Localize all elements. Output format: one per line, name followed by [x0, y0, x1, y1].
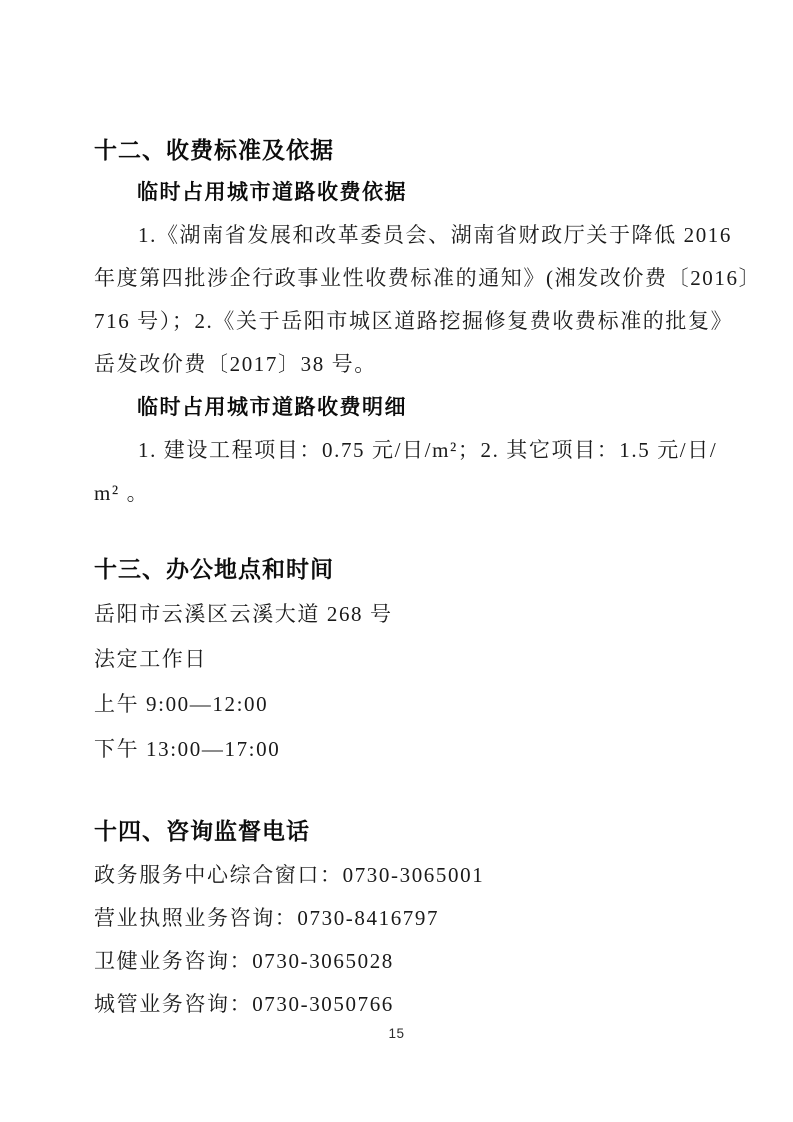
section-fee-standards: 十二、收费标准及依据 临时占用城市道路收费依据 1.《湖南省发展和改革委员会、湖…: [94, 130, 694, 515]
document-line: 1. 建设工程项目：0.75 元/日/m²；2. 其它项目：1.5 元/日/: [94, 429, 694, 472]
phone-line-business-license: 营业执照业务咨询：0730-8416797: [94, 897, 694, 940]
section-supervision-phones: 十四、咨询监督电话 政务服务中心综合窗口：0730-3065001 营业执照业务…: [94, 809, 694, 1026]
document-line: 岳发改价费〔2017〕38 号。: [94, 343, 694, 386]
phone-line-health: 卫健业务咨询：0730-3065028: [94, 940, 694, 983]
section-heading-14: 十四、咨询监督电话: [94, 809, 694, 854]
afternoon-hours-line: 下午 13:00—17:00: [94, 727, 694, 772]
document-page: 十二、收费标准及依据 临时占用城市道路收费依据 1.《湖南省发展和改革委员会、湖…: [0, 0, 793, 1122]
section-heading-12: 十二、收费标准及依据: [94, 130, 694, 171]
phone-line-service-center: 政务服务中心综合窗口：0730-3065001: [94, 854, 694, 897]
section-office-location-time: 十三、办公地点和时间 岳阳市云溪区云溪大道 268 号 法定工作日 上午 9:0…: [94, 547, 694, 772]
morning-hours-line: 上午 9:00—12:00: [94, 682, 694, 727]
document-content: 十二、收费标准及依据 临时占用城市道路收费依据 1.《湖南省发展和改革委员会、湖…: [94, 130, 694, 1026]
subheading-fee-basis: 临时占用城市道路收费依据: [94, 171, 694, 214]
document-line: 年度第四批涉企行政事业性收费标准的通知》(湘发改价费〔2016〕: [94, 257, 694, 300]
phone-line-city-management: 城管业务咨询：0730-3050766: [94, 983, 694, 1026]
workdays-line: 法定工作日: [94, 637, 694, 682]
document-line: 1.《湖南省发展和改革委员会、湖南省财政厅关于降低 2016: [94, 214, 694, 257]
office-address-line: 岳阳市云溪区云溪大道 268 号: [94, 592, 694, 637]
document-line: m² 。: [94, 472, 694, 515]
subheading-fee-detail: 临时占用城市道路收费明细: [94, 386, 694, 429]
page-number: 15: [0, 1026, 793, 1041]
section-heading-13: 十三、办公地点和时间: [94, 547, 694, 592]
document-line: 716 号）；2.《关于岳阳市城区道路挖掘修复费收费标准的批复》: [94, 300, 694, 343]
